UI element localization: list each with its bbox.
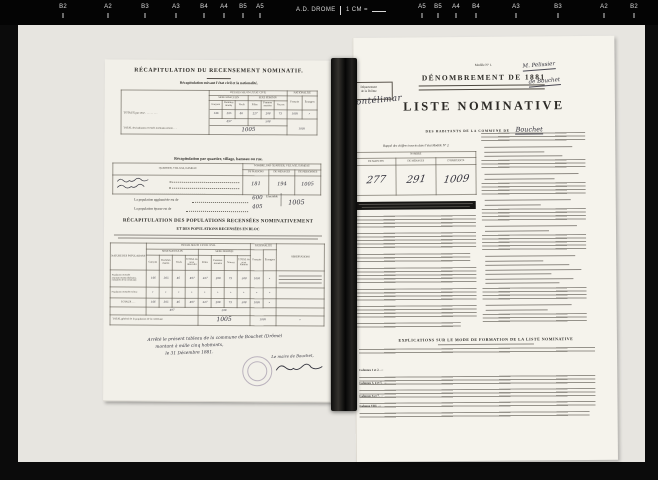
mayor-line: Le maire de Bouchet, (271, 353, 313, 359)
cell: 73 (229, 302, 232, 305)
row-total-label: TOTAL des habitants recensés nominativem… (121, 125, 209, 134)
ruler-tick (243, 13, 244, 18)
cell: 146 (150, 277, 155, 280)
total-all: 1005 (241, 127, 255, 134)
ruler-tick (260, 13, 261, 18)
dotted-leader (192, 199, 248, 203)
value-boys: 146 (213, 112, 218, 115)
microfilm-ruler-bar: B2 A2 B3 A3 B4 A4 B5 A5 A5 B5 A4 B4 A3 B… (0, 0, 658, 25)
col-observations-header: OBSERVATIONS (276, 244, 324, 271)
total-nationality: 1005 (299, 129, 306, 132)
ruler-tick (422, 13, 423, 18)
ruler-tick (476, 13, 477, 18)
text-line (485, 278, 573, 280)
book-binding-spine (331, 58, 357, 411)
cell: 508 (241, 278, 246, 281)
closing-line-1: Arrêté le présent tableau de la commune … (147, 334, 282, 343)
civil-status-table: DÉTAILS SELON L'ÉTAT CIVIL NATIONALITÉ S… (121, 89, 318, 135)
ruler-label: B5 (434, 4, 442, 10)
ruler-label: B2 (630, 4, 638, 10)
empty-cell (276, 308, 324, 316)
cell: 497 (189, 277, 194, 280)
ruler-label: A5 (256, 4, 264, 10)
cell: 208 (215, 277, 220, 280)
population-recap-table: NATURE DES POPULATIONS DÉTAIL SELON L'ÉT… (110, 242, 325, 326)
value-widowers: 46 (240, 113, 243, 116)
col-married-men: Hommes mariés (222, 101, 235, 110)
cell: 305 (163, 277, 168, 280)
cell: 508 (241, 302, 246, 305)
ruler-label: B3 (554, 4, 562, 10)
corner-handwritten-note-2: de Bouchet (528, 77, 560, 87)
ruler-tick (604, 13, 605, 18)
pop-scattered-value: 405 (252, 204, 263, 210)
ruler-tick (204, 13, 205, 18)
cell: » (217, 292, 219, 295)
col-french: Français (250, 250, 263, 271)
grand-total-label: TOTAL général de la population de la com… (110, 315, 198, 325)
col-boys: Garçons (209, 100, 222, 109)
cell: » (152, 291, 154, 294)
col-girls: Filles (248, 101, 261, 110)
col-foreigners: Étrangers (263, 250, 276, 271)
nota-bar-text-line (359, 203, 473, 205)
ruler-label: B2 (59, 4, 67, 10)
right-document-page: Département de la Drôme Montélimar Modèl… (352, 36, 618, 462)
text-lines (356, 215, 476, 229)
recall-households-value: 291 (406, 174, 427, 187)
empty-cell (110, 307, 146, 315)
text-lines (356, 267, 476, 285)
recall-houses-value: 277 (366, 174, 387, 187)
cell: 497 (189, 301, 194, 304)
ruler-label: A3 (172, 4, 180, 10)
text-line (485, 230, 549, 232)
ruler-tick (634, 13, 635, 18)
dotted-leader (117, 190, 239, 194)
col-widowers: Veufs (172, 255, 185, 270)
corner-handwritten-note-1: M. Pelissier (522, 61, 555, 72)
col-married-women: Femmes mariées (211, 255, 224, 270)
total-female: 508 (265, 121, 270, 124)
dotted-leader (169, 179, 239, 183)
dotted-leader (169, 185, 239, 189)
title-double-rule (419, 84, 545, 90)
ruler-label: A4 (220, 4, 228, 10)
col-nature-header: NATURE DES POPULATIONS (110, 243, 146, 270)
text-lines (482, 208, 586, 222)
nota-bar-text-line (362, 206, 470, 208)
ruler-tick (456, 13, 457, 18)
col-quartier-header: QUARTIER, VILLAGE, HAMEAU (113, 163, 243, 176)
closing-line-2: montant à mille cinq habitants, (155, 343, 223, 350)
ruler-tick (438, 13, 439, 18)
cell: » (165, 291, 167, 294)
ruler-label: A2 (600, 4, 608, 10)
cell: 46 (177, 277, 180, 280)
cell: 1005 (253, 302, 260, 305)
col-widowers: Veufs (235, 101, 248, 110)
ruler-label: B4 (472, 4, 480, 10)
ruler-label: A2 (104, 4, 112, 10)
row1-label: Population recensée nominativement (habi… (110, 270, 146, 287)
recall-inhabitants-value: 1009 (442, 173, 469, 186)
text-lines (483, 313, 587, 324)
inverted-nota-bar (356, 201, 476, 210)
col-foreigners: Étrangers (302, 96, 317, 110)
nota-text-line (114, 234, 322, 236)
ruler-label: A3 (512, 4, 520, 10)
value-married-men: 305 (226, 112, 231, 115)
ruler-tick (224, 13, 225, 18)
cell: 305 (163, 301, 168, 304)
main-title: DÉNOMBREMENT DE 1881 (353, 72, 615, 83)
ruler-label: B5 (239, 4, 247, 10)
text-line (485, 264, 569, 266)
observations-cell (276, 288, 324, 299)
row-totals-label: TOTAUX par sexe . . . . . . . . . (121, 109, 209, 118)
cell: » (191, 291, 193, 294)
col-total-male: TOTAL du sexe masculin (185, 255, 198, 270)
text-line (485, 273, 551, 275)
col-boys: Garçons (146, 255, 159, 270)
ensemble-brace: | (280, 190, 282, 206)
value-french: 1005 (291, 113, 298, 116)
cell: 208 (215, 301, 220, 304)
col-total-female: TOTAL du sexe féminin (237, 256, 250, 271)
value-widows: 73 (279, 113, 282, 116)
cell: » (178, 291, 180, 294)
cell: 46 (177, 301, 180, 304)
cell: 73 (229, 278, 232, 281)
left-page-subtitle: Récapitulation suivant l'état civil et l… (105, 80, 333, 85)
cell: » (230, 292, 232, 295)
text-line (485, 260, 543, 262)
ruler-tick (176, 13, 177, 18)
text-lines (356, 232, 476, 250)
explanations-title: EXPLICATIONS SUR LE MODE DE FORMATION DE… (355, 336, 617, 343)
pop-agglomerated-label: La population agglomérée est de (134, 198, 178, 202)
observations-cell (276, 299, 324, 308)
cell: » (269, 292, 271, 295)
ruler-tick (63, 13, 64, 18)
col-widows: Veuves (274, 101, 287, 110)
cell: » (256, 292, 258, 295)
mayor-signature-scribble (273, 361, 325, 375)
ruler-tick (108, 13, 109, 18)
text-lines (356, 288, 476, 302)
grand-total-nationality: 1005 (260, 319, 267, 322)
ruler-separator (340, 6, 341, 15)
quartier-table: QUARTIER, VILLAGE, HAMEAU NOMBRE, PAR QU… (112, 162, 321, 195)
text-lines (481, 132, 585, 143)
list-title: LISTE NOMINATIVE (353, 98, 615, 115)
quartier-entries-cell (113, 175, 243, 195)
ruler-label: A4 (452, 4, 460, 10)
text-lines (482, 234, 586, 252)
text-lines (482, 182, 586, 196)
ruler-tick (558, 13, 559, 18)
cell: 227 (202, 301, 207, 304)
text-line (484, 146, 572, 148)
recall-table: NOMBRE DE MAISONS DE MÉNAGES D'HABITANTS… (355, 151, 476, 196)
label-column-head (121, 90, 209, 109)
text-lines (356, 253, 470, 264)
section2-title: Récapitulation par quartier, village, ha… (104, 155, 332, 161)
dotted-leader (186, 208, 248, 212)
text-line (484, 173, 578, 175)
closing-line-3: le 31 Décembre 1881. (165, 350, 213, 356)
ruler-agency-label: A.D. DROME (296, 7, 336, 13)
left-page-title: RÉCAPITULATION DU RECENSEMENT NOMINATIF. (105, 67, 333, 74)
text-lines (359, 347, 595, 355)
col-married-women: Femmes mariées (261, 101, 274, 110)
text-line (485, 282, 559, 284)
model-number: Modèle N° 1. (353, 62, 615, 68)
text-lines (360, 411, 590, 419)
ruler-label: A5 (418, 4, 426, 10)
houses-value: 181 (251, 182, 261, 188)
empty-cell (250, 308, 276, 316)
grand-total-observations: » (299, 319, 301, 322)
text-line (486, 304, 572, 306)
section3-title-line1: RÉCAPITULATION DES POPULATIONS RECENSÉES… (104, 218, 332, 224)
ruler-label: B3 (141, 4, 149, 10)
ensemble-label: Ensemble (266, 194, 278, 198)
ruler-tick (516, 13, 517, 18)
subtotal-female: 508 (222, 310, 227, 313)
text-line (484, 151, 544, 153)
stamp-inner-ring (247, 361, 267, 381)
cell: 227 (202, 277, 207, 280)
left-document-page: RÉCAPITULATION DU RECENSEMENT NOMINATIF.… (103, 59, 333, 402)
text-lines (357, 322, 461, 329)
col-girls: Filles (198, 255, 211, 270)
explanation-paragraph-4: Colonne VIII. — (359, 392, 595, 419)
cell: » (204, 291, 206, 294)
text-line (484, 155, 562, 157)
text-line (486, 309, 548, 311)
pop-scattered-label: La population éparse est de (134, 207, 171, 211)
ruler-scale-label: 1 CM = (346, 7, 368, 13)
cell: » (269, 302, 271, 305)
title-underline (438, 343, 534, 345)
title-rule (207, 77, 231, 78)
col-french: Français (287, 96, 302, 110)
text-lines (482, 287, 586, 301)
cell: » (269, 278, 271, 281)
value-foreigners: » (309, 113, 311, 116)
subtotal-male: 497 (170, 310, 175, 313)
row2-label: Population recensée en bloc (110, 287, 146, 298)
cell: » (243, 292, 245, 295)
cell: 1005 (253, 278, 260, 281)
text-line (485, 204, 541, 206)
value-married-women: 208 (265, 113, 270, 116)
col-married-men: Hommes mariés (159, 255, 172, 270)
col-widows: Veuves (224, 256, 237, 271)
paragraph-lead: Colonne VIII. — (359, 404, 381, 408)
persons-value: 1005 (301, 182, 314, 188)
nota-text-line (118, 237, 318, 239)
households-value: 194 (277, 182, 287, 188)
text-lines (481, 159, 585, 170)
text-line (485, 255, 575, 257)
text-lines (357, 305, 477, 319)
grand-total-value: 1005 (216, 317, 231, 324)
text-lines (279, 275, 321, 284)
mayor-stamp (242, 356, 272, 386)
ruler-label: B4 (200, 4, 208, 10)
pop-agglomerated-value: 600 (252, 195, 263, 201)
section3-title-line2: ET DES POPULATIONS RECENSÉES EN BLOC (104, 226, 332, 231)
ruler-scale-dash (372, 11, 386, 12)
totals-label: TOTAUX . . . (110, 298, 146, 307)
ensemble-value: 1005 (288, 198, 305, 206)
observations-cell (276, 271, 324, 288)
text-line (485, 269, 581, 271)
text-line (485, 199, 571, 201)
text-line (485, 225, 577, 227)
value-girls: 227 (252, 113, 257, 116)
text-line (485, 178, 555, 180)
ruler-tick (145, 13, 146, 18)
recall-title: Rappel des chiffres inscrits dans l'état… (355, 143, 477, 148)
total-male: 497 (226, 120, 231, 123)
cell: 146 (150, 301, 155, 304)
